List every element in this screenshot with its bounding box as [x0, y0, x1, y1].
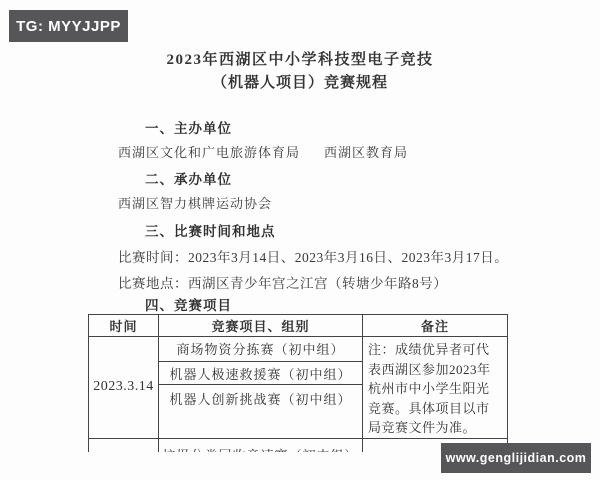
competition-time-line: 比赛时间：2023年3月14日、2023年3月16日、2023年3月17日。 — [118, 246, 508, 266]
event-cell-1: 商场物资分拣赛（初中组） — [159, 337, 363, 362]
section1-heading: 一、主办单位 — [145, 117, 232, 137]
header-event-group: 竞赛项目、组别 — [159, 315, 363, 337]
date-cell: 2023.3.14 — [89, 337, 159, 439]
section2-heading: 二、承办单位 — [145, 168, 232, 188]
table-row: 2023.3.14 商场物资分拣赛（初中组） 注：成绩优异者可代表西湖区参加20… — [89, 337, 508, 362]
section2-body: 西湖区智力棋牌运动协会 — [118, 193, 272, 212]
header-time: 时间 — [89, 315, 159, 337]
organizer-1: 西湖区文化和广电旅游体育局 — [118, 142, 300, 161]
remark-cell: 注：成绩优异者可代表西湖区参加2023年杭州市中小学生阳光竞赛。具体项目以市局竞… — [363, 337, 508, 439]
section1-organizers: 西湖区文化和广电旅游体育局 西湖区教育局 — [118, 142, 408, 161]
section3-heading: 三、比赛时间和地点 — [145, 220, 276, 240]
table-header-row: 时间 竞赛项目、组别 备注 — [89, 315, 508, 337]
screenshot-root: TG: MYYJJPP 2023年西湖区中小学科技型电子竞技 （机器人项目）竞赛… — [0, 0, 600, 480]
header-remark: 备注 — [363, 315, 508, 337]
document-title-line1: 2023年西湖区中小学科技型电子竞技 — [0, 48, 600, 69]
event-cell-4: 垃圾分类回收竞速赛（初中组） — [159, 438, 363, 452]
event-cell-3: 机器人创新挑战赛（初中组） — [159, 385, 363, 438]
telegram-watermark-badge: TG: MYYJJPP — [9, 10, 128, 42]
competition-place-line: 比赛地点：西湖区青少年宫之江宫（转塘少年路8号） — [118, 272, 447, 292]
date-cell-empty — [89, 438, 159, 452]
document-title-line2: （机器人项目）竞赛规程 — [0, 71, 600, 92]
organizer-2: 西湖区教育局 — [324, 142, 408, 161]
schedule-table: 时间 竞赛项目、组别 备注 2023.3.14 商场物资分拣赛（初中组） 注：成… — [88, 314, 508, 452]
website-watermark-badge: www.genglijidian.com — [441, 443, 591, 473]
section4-heading: 四、竞赛项目 — [145, 294, 232, 314]
event-cell-2: 机器人极速救援赛（初中组） — [159, 361, 363, 385]
schedule-table-wrapper: 时间 竞赛项目、组别 备注 2023.3.14 商场物资分拣赛（初中组） 注：成… — [88, 314, 509, 452]
